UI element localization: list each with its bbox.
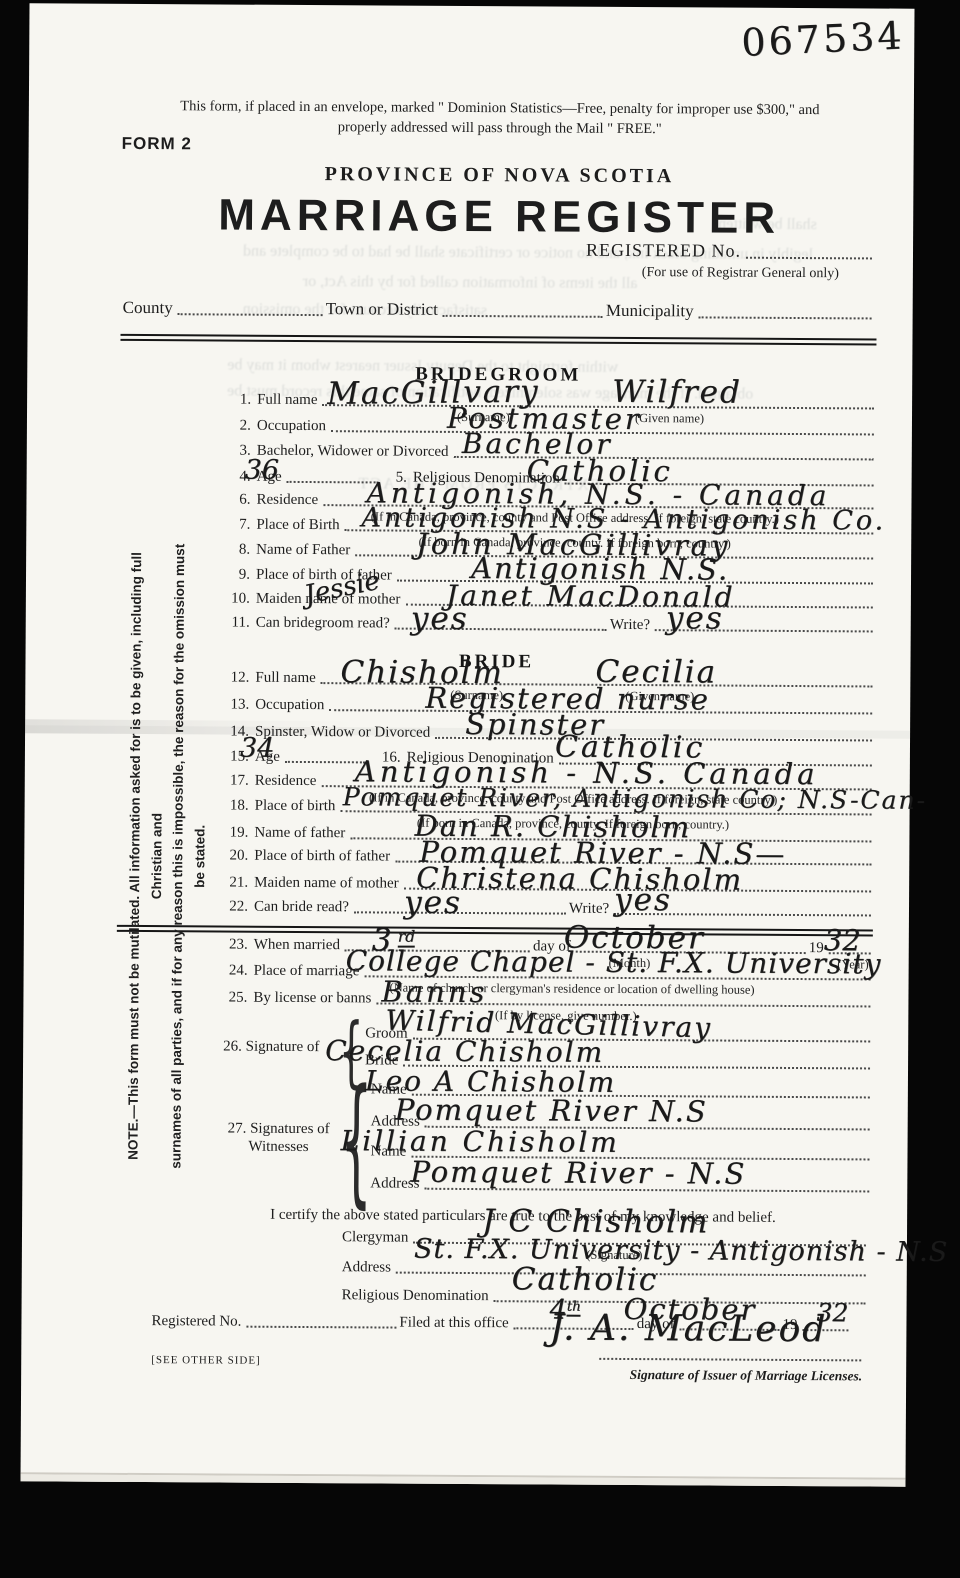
field-number: 11. [222, 614, 250, 631]
write-label: Write? [569, 901, 609, 918]
see-other-side-note: [SEE OTHER SIDE] [151, 1354, 261, 1367]
hw-issuer-signature: J. A. MacLeod [549, 1311, 827, 1349]
margin-note-vertical: NOTE.—This form must not be mutilated. A… [122, 536, 212, 1177]
field-number: 18. [221, 797, 249, 814]
municipality-label: Municipality [606, 301, 694, 322]
row-bride-literacy: 22. Can bride read? Write? [220, 893, 874, 919]
hw-bride-age: 34 [240, 735, 275, 762]
section-divider-rule [120, 334, 876, 346]
field-number: 13. [221, 696, 249, 713]
witnesses-label: 27. Signatures of Witnesses [218, 1119, 338, 1156]
dotted-line [246, 1326, 396, 1329]
dotted-line [287, 481, 379, 484]
field-label: Can bride read? [254, 899, 349, 917]
hw-witness2-name: Lillian Chisholm [340, 1127, 619, 1157]
province-title: PROVINCE OF NOVA SCOTIA [123, 162, 875, 190]
field-label: Residence [256, 492, 318, 509]
field-label: Maiden name of mother [254, 875, 399, 893]
issuer-signature-label: Signature of Issuer of Marriage Licenses… [630, 1367, 863, 1384]
field-number: 23. [220, 936, 248, 953]
field-number: 12. [221, 669, 249, 686]
field-number: 26. [223, 1039, 242, 1055]
field-label: Occupation [255, 697, 324, 714]
field-number: 21. [220, 874, 248, 891]
field-label: Occupation [257, 418, 326, 435]
field-label: Bachelor, Widower or Divorced [257, 443, 449, 461]
dotted-line [285, 761, 365, 763]
field-number: 8. [222, 541, 250, 558]
field-label: Place of marriage [254, 963, 360, 981]
registered-no-label: Registered No. [151, 1313, 241, 1331]
registered-no-label: REGISTERED No. [586, 240, 741, 262]
field-label: Witnesses [248, 1139, 308, 1155]
field-label: Full name [255, 670, 316, 687]
scanned-document-page: { "scan": { "film_number": "067534" }, "… [0, 0, 960, 1578]
hw-bride-can-read: yes [404, 888, 462, 919]
hw-groom-age: 36 [245, 457, 280, 484]
mail-notice-line1: This form, if placed in an envelope, mar… [124, 98, 876, 120]
field-label: When married [254, 937, 340, 955]
field-number: 17. [221, 772, 249, 789]
field-label: Place of birth of father [254, 848, 390, 866]
hw-clergy-address: St. F.X. University - Antigonish - N.S [414, 1236, 948, 1266]
filed-label: Filed at this office [399, 1315, 508, 1333]
field-number: 9. [222, 566, 250, 583]
marriage-register-form: shall be written legibly in unfading bla… [20, 3, 914, 1486]
hw-license-banns: Banns [381, 977, 487, 1007]
field-number: 1. [223, 392, 251, 409]
address-label: Address [342, 1259, 391, 1276]
field-number: 22. [220, 898, 248, 915]
write-label: Write? [610, 617, 650, 634]
dotted-line [599, 1358, 861, 1362]
field-label: Signature of [246, 1039, 320, 1055]
field-label: Residence [255, 773, 317, 790]
hw-groom-can-write: yes [666, 603, 724, 634]
form-number-label: FORM 2 [122, 134, 192, 154]
registered-no-row: REGISTERED No. [586, 239, 875, 263]
margin-note-line2: surnames of all parties, and if for any … [166, 536, 213, 1176]
field-number: 25. [219, 989, 247, 1006]
hw-groom-can-read: yes [411, 604, 469, 635]
dotted-line [178, 313, 323, 316]
field-number: 6. [222, 491, 250, 508]
registrar-general-note: (For use of Registrar General only) [608, 265, 873, 283]
mail-notice-line2: properly addressed will pass through the… [124, 118, 876, 140]
clergyman-label: Clergyman [342, 1229, 408, 1246]
field-label: Signatures of [250, 1121, 330, 1137]
field-label: Full name [257, 392, 318, 409]
field-label: By license or banns [253, 990, 371, 1008]
margin-note-line1: NOTE.—This form must not be mutilated. A… [122, 536, 169, 1176]
hw-witness2-address: Pomquet River - N.S [410, 1158, 746, 1189]
hw-witness1-address: Pomquet River N.S [395, 1096, 708, 1127]
religious-denomination-label: Religious Denomination [342, 1287, 489, 1305]
hw-bride-can-write: yes [614, 885, 672, 916]
dotted-line [443, 315, 603, 318]
bleed-through-text: all the items of information called for … [303, 273, 638, 293]
field-number: 10. [222, 590, 250, 607]
field-label: Place of Birth [256, 517, 339, 535]
hw-bride-signature: Cecelia Chisholm [325, 1037, 604, 1067]
signature-of-label: 26. Signature of [223, 1039, 319, 1057]
film-number-handwritten: 067534 [741, 16, 906, 61]
town-district-label: Town or District [326, 299, 438, 320]
field-number: 20. [220, 847, 248, 864]
hw-bride-mother: Christena Chisholm [416, 864, 743, 895]
field-label: Name of Father [256, 542, 350, 560]
field-number: 7. [222, 516, 250, 533]
field-number: 2. [223, 418, 251, 435]
field-number: 19. [220, 824, 248, 841]
field-label: Place of birth [255, 798, 336, 815]
dotted-line [699, 316, 872, 319]
field-label: Spinster, Widow or Divorced [255, 724, 430, 742]
field-number: 27. [228, 1121, 247, 1137]
field-number: 24. [220, 962, 248, 979]
page-title: MARRIAGE REGISTER [123, 190, 875, 245]
field-label: Can bridegroom read? [256, 615, 390, 633]
county-label: County [123, 298, 173, 318]
dotted-line [746, 257, 872, 260]
row-groom-literacy: 11. Can bridegroom read? Write? [222, 609, 876, 635]
county-district-row: County Town or District Municipality [123, 296, 875, 323]
field-label: Name of father [254, 825, 345, 843]
